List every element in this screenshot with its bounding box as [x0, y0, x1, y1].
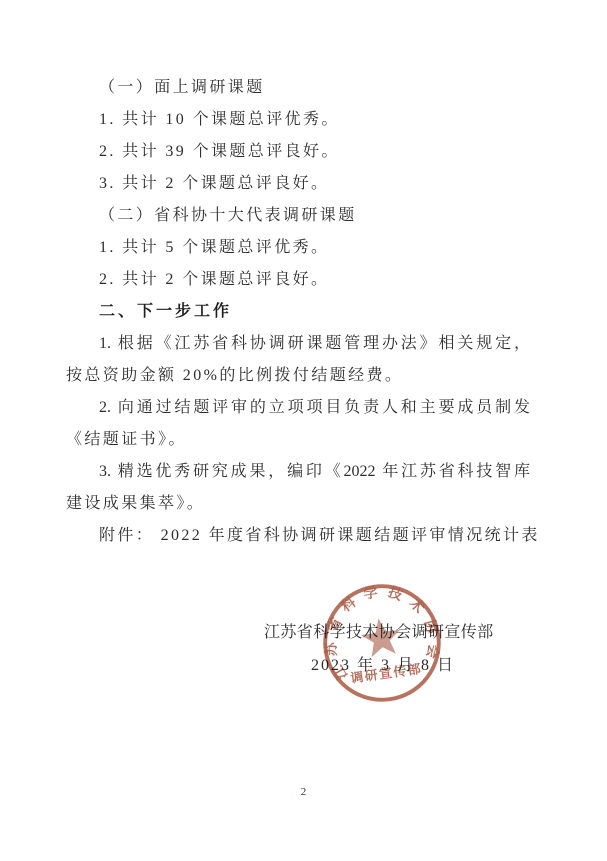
- doc-line: 建设成果集萃》。: [66, 488, 530, 520]
- section-heading: 二、下一步工作: [66, 296, 530, 328]
- page-number: 2: [0, 786, 607, 798]
- doc-line: 1. 根据《江苏省科协调研课题管理办法》相关规定，: [66, 328, 530, 360]
- doc-line: （二）省科协十大代表调研课题: [66, 200, 530, 232]
- doc-line: （一）面上调研课题: [66, 72, 530, 104]
- star-icon: [359, 616, 403, 658]
- document-body: （一）面上调研课题1. 共计 10 个课题总评优秀。2. 共计 39 个课题总评…: [66, 72, 530, 552]
- document-page: （一）面上调研课题1. 共计 10 个课题总评优秀。2. 共计 39 个课题总评…: [0, 0, 607, 861]
- doc-line: 按总资助金额 20%的比例拨付结题经费。: [66, 360, 530, 392]
- doc-line: 《结题证书》。: [66, 424, 530, 456]
- doc-line: 3. 精选优秀研究成果，编印《2022 年江苏省科技智库: [66, 456, 530, 488]
- doc-line: 附件： 2022 年度省科协调研课题结题评审情况统计表: [66, 520, 530, 552]
- official-seal: 江苏省科学技术协会 调研宣传部: [310, 571, 455, 716]
- doc-line: 2. 共计 39 个课题总评良好。: [66, 136, 530, 168]
- doc-line: 1. 共计 5 个课题总评优秀。: [66, 232, 530, 264]
- doc-line: 1. 共计 10 个课题总评优秀。: [66, 104, 530, 136]
- doc-line: 3. 共计 2 个课题总评良好。: [66, 168, 530, 200]
- seal-bottom-text: 调研宣传部: [349, 661, 423, 686]
- doc-line: 2. 共计 2 个课题总评良好。: [66, 264, 530, 296]
- doc-line: 2. 向通过结题评审的立项项目负责人和主要成员制发: [66, 392, 530, 424]
